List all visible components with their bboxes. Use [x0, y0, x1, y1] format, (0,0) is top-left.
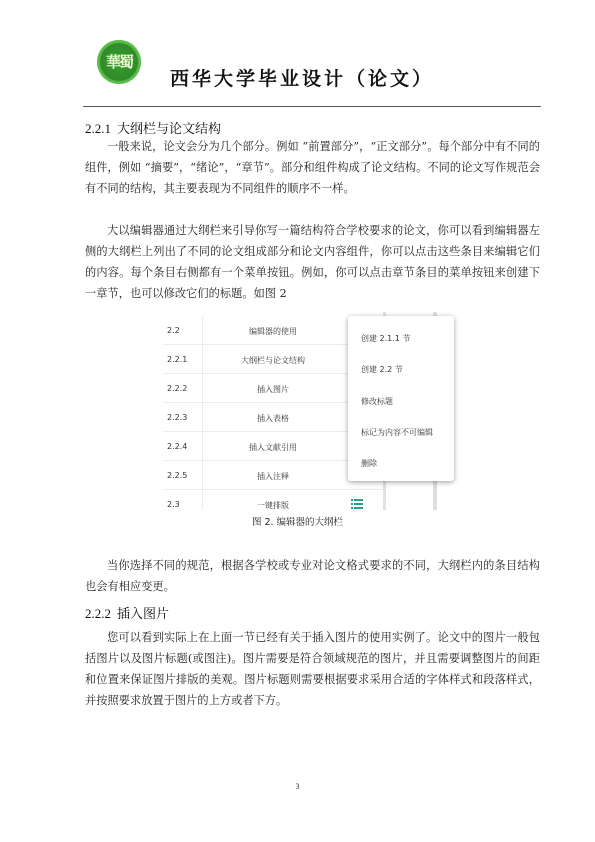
- list-menu-icon[interactable]: [351, 499, 363, 509]
- outline-row-label: 插入图片: [203, 384, 343, 395]
- outline-row-label: 插入表格: [203, 413, 343, 424]
- outline-context-menu: 创建 2.1.1 节 创建 2.2 节 修改标题 标记为内容不可编辑 删除: [348, 316, 454, 481]
- header-divider: [83, 106, 541, 107]
- outline-row[interactable]: 2.3 一键排版: [163, 490, 383, 510]
- menu-item-create-section[interactable]: 创建 2.2 节: [361, 364, 403, 375]
- university-logo: 華蜀: [97, 40, 141, 84]
- outline-row-number: 2.2: [167, 326, 180, 335]
- menu-item-lock-content[interactable]: 标记为内容不可编辑: [361, 427, 433, 438]
- outline-row-number: 2.2.1: [167, 355, 187, 364]
- paragraph-spec-change: 当你选择不同的规范，根据各学校或专业对论文格式要求的不同，大纲栏内的条目结构也会…: [85, 555, 540, 597]
- outline-row-number: 2.2.2: [167, 384, 187, 393]
- outline-row-label: 大纲栏与论文结构: [203, 355, 343, 366]
- outline-row-number: 2.2.3: [167, 413, 187, 422]
- menu-item-create-subsection[interactable]: 创建 2.1.1 节: [361, 333, 410, 344]
- page-number: 3: [0, 782, 595, 791]
- outline-row-label: 插入注释: [203, 471, 343, 482]
- outline-row-number: 2.3: [167, 500, 180, 509]
- figure-outline-screenshot: 2.2 编辑器的使用 2.2.1 大纲栏与论文结构 2.2.2 插入图片 2.2…: [163, 312, 463, 510]
- outline-row-label: 一键排版: [203, 500, 343, 510]
- menu-item-delete[interactable]: 删除: [361, 458, 377, 469]
- logo-glyph: 華蜀: [97, 51, 141, 72]
- outline-row-number: 2.2.4: [167, 442, 187, 451]
- section-heading-2-2-2: 2.2.2插入图片: [85, 603, 169, 622]
- paragraph-structure-intro: 一般来说，论文会分为几个部分。例如 “前置部分”，“正文部分”。每个部分中有不同…: [85, 136, 540, 199]
- section-heading-2-2-1: 2.2.1大纲栏与论文结构: [85, 118, 221, 137]
- section-title: 插入图片: [117, 607, 169, 622]
- menu-item-rename[interactable]: 修改标题: [361, 396, 393, 407]
- paragraph-insert-image: 您可以看到实际上在上面一节已经有关于插入图片的使用实例了。论文中的图片一般包括图…: [85, 627, 540, 711]
- figure-caption: 图 2. 编辑器的大纲栏: [0, 514, 595, 528]
- outline-row-number: 2.2.5: [167, 471, 187, 480]
- outline-row-label: 编辑器的使用: [203, 326, 343, 337]
- section-number: 2.2.1: [85, 121, 111, 136]
- section-number: 2.2.2: [85, 606, 111, 621]
- outline-row-label: 插入文献引用: [203, 442, 343, 453]
- section-title: 大纲栏与论文结构: [117, 122, 221, 137]
- document-header-title: 西华大学毕业设计（论文）: [170, 64, 434, 91]
- paragraph-outline-usage: 大以编辑器通过大纲栏来引导你写一篇结构符合学校要求的论文，你可以看到编辑器左侧的…: [85, 220, 540, 304]
